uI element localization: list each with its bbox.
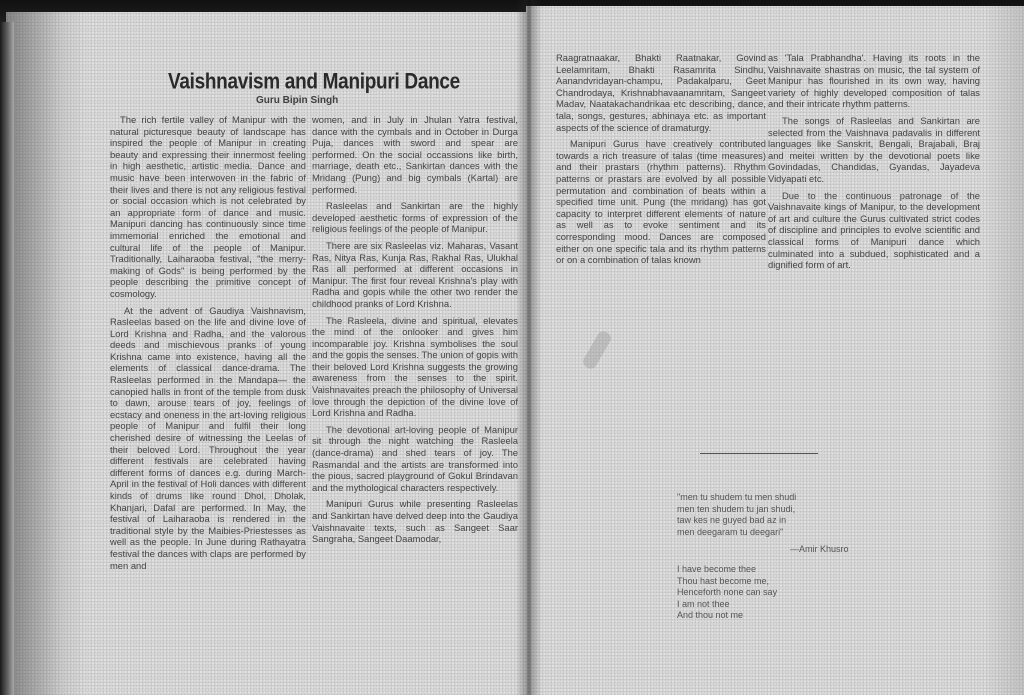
paragraph: The devotional art-loving people of Mani… [312,424,518,494]
verse-line: I am not thee [677,599,777,611]
paragraph: Due to the continuous patronage of the V… [768,190,980,271]
quote-translation: I have become thee Thou hast become me, … [677,564,777,622]
book-spine-gutter [516,0,542,695]
right-page-edge-shadow [984,6,1024,695]
paragraph: There are six Rasleelas viz. Maharas, Va… [312,240,518,310]
paragraph: The rich fertile valley of Manipur with … [110,114,306,300]
paragraph: Raagratnaakar, Bhakti Raatnakar, Govind … [556,52,766,133]
paragraph: The songs of Rasleelas and Sankirtan are… [768,115,980,185]
verse-line: I have become thee [677,564,777,576]
right-page-column-2: as 'Tala Prabhandha'. Having its roots i… [768,52,980,276]
verse-line: Thou hast become me, [677,576,777,588]
article-title: Vaishnavism and Manipuri Dance [168,70,460,95]
quote-persian-verse: "men tu shudem tu men shudi men ten shud… [677,492,796,538]
left-page-shadow [6,12,86,695]
right-page-column-1: Raagratnaakar, Bhakti Raatnakar, Govind … [556,52,766,271]
verse-line: And thou not me [677,610,777,622]
verse-line: "men tu shudem tu men shudi [677,492,796,504]
paragraph: Rasleelas and Sankirtan are the highly d… [312,200,518,235]
paragraph: The Rasleela, divine and spiritual, elev… [312,315,518,419]
paragraph: Manipuri Gurus have creatively contribut… [556,138,766,266]
paragraph: Manipuri Gurus while presenting Rasleela… [312,498,518,544]
left-book-edge [0,22,14,695]
section-divider-rule [700,453,818,454]
article-author: Guru Bipin Singh [256,95,338,106]
left-page-column-1: The rich fertile valley of Manipur with … [110,114,306,576]
paragraph: as 'Tala Prabhandha'. Having its roots i… [768,52,980,110]
verse-line: Henceforth none can say [677,587,777,599]
verse-line: men deegaram tu deegari" [677,527,796,539]
verse-line: men ten shudem tu jan shudi, [677,504,796,516]
paragraph: women, and in July in Jhulan Yatra festi… [312,114,518,195]
paragraph: At the advent of Gaudiya Vaishnavism, Ra… [110,305,306,572]
book-spread: Vaishnavism and Manipuri Dance Guru Bipi… [0,0,1024,695]
left-page-column-2: women, and in July in Jhulan Yatra festi… [312,114,518,550]
verse-line: taw kes ne guyed bad az in [677,515,796,527]
quote-attribution: —Amir Khusro [790,544,849,554]
